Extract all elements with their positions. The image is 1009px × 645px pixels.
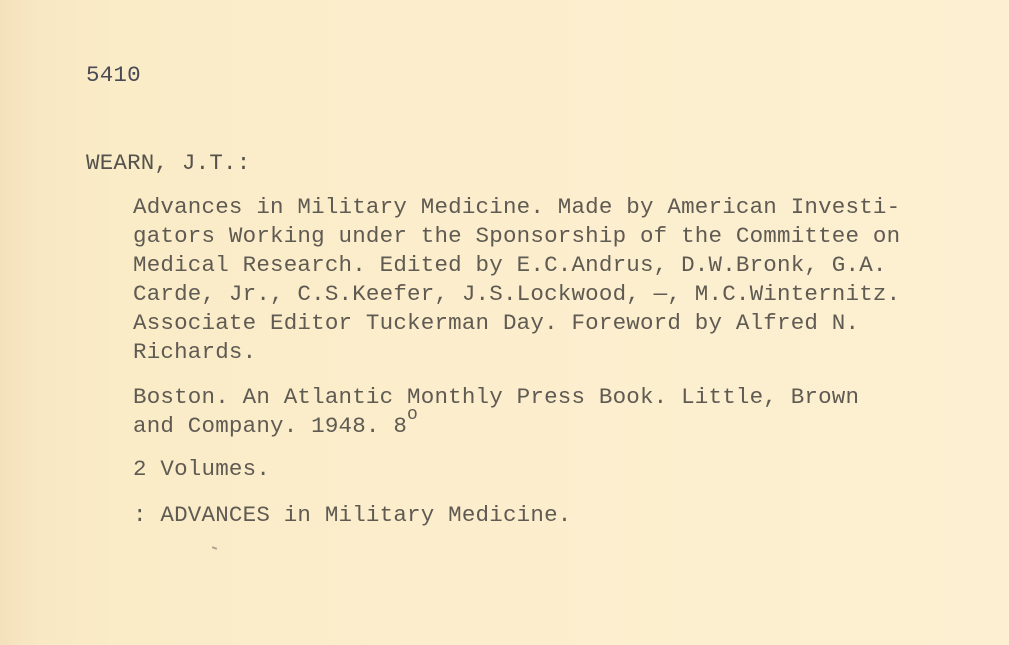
catalog-card: 5410 WEARN, J.T.: Advances in Military M… <box>0 0 1009 645</box>
title-statement: Advances in Military Medicine. Made by A… <box>133 193 900 367</box>
extent: 2 Volumes. <box>133 455 270 484</box>
format-superscript: o <box>407 405 418 425</box>
imprint-line: and Company. 1948. 8o <box>133 412 859 443</box>
physical-description: 2 Volumes. <box>133 455 270 484</box>
author-heading: WEARN, J.T.: <box>86 149 250 178</box>
title-line: gators Working under the Sponsorship of … <box>133 222 900 251</box>
tracing: : ADVANCES in Military Medicine. <box>133 501 571 530</box>
title-line: Medical Research. Edited by E.C.Andrus, … <box>133 251 900 280</box>
call-number: 5410 <box>86 61 141 90</box>
ink-speck <box>212 546 217 550</box>
title-line: Carde, Jr., C.S.Keefer, J.S.Lockwood, —,… <box>133 280 900 309</box>
title-tracing: : ADVANCES in Military Medicine. <box>133 501 571 530</box>
imprint-line: Boston. An Atlantic Monthly Press Book. … <box>133 383 859 412</box>
imprint-line-text: and Company. 1948. 8 <box>133 413 407 439</box>
title-line: Richards. <box>133 338 900 367</box>
imprint: Boston. An Atlantic Monthly Press Book. … <box>133 383 859 443</box>
title-line: Advances in Military Medicine. Made by A… <box>133 193 900 222</box>
title-line: Associate Editor Tuckerman Day. Foreword… <box>133 309 900 338</box>
